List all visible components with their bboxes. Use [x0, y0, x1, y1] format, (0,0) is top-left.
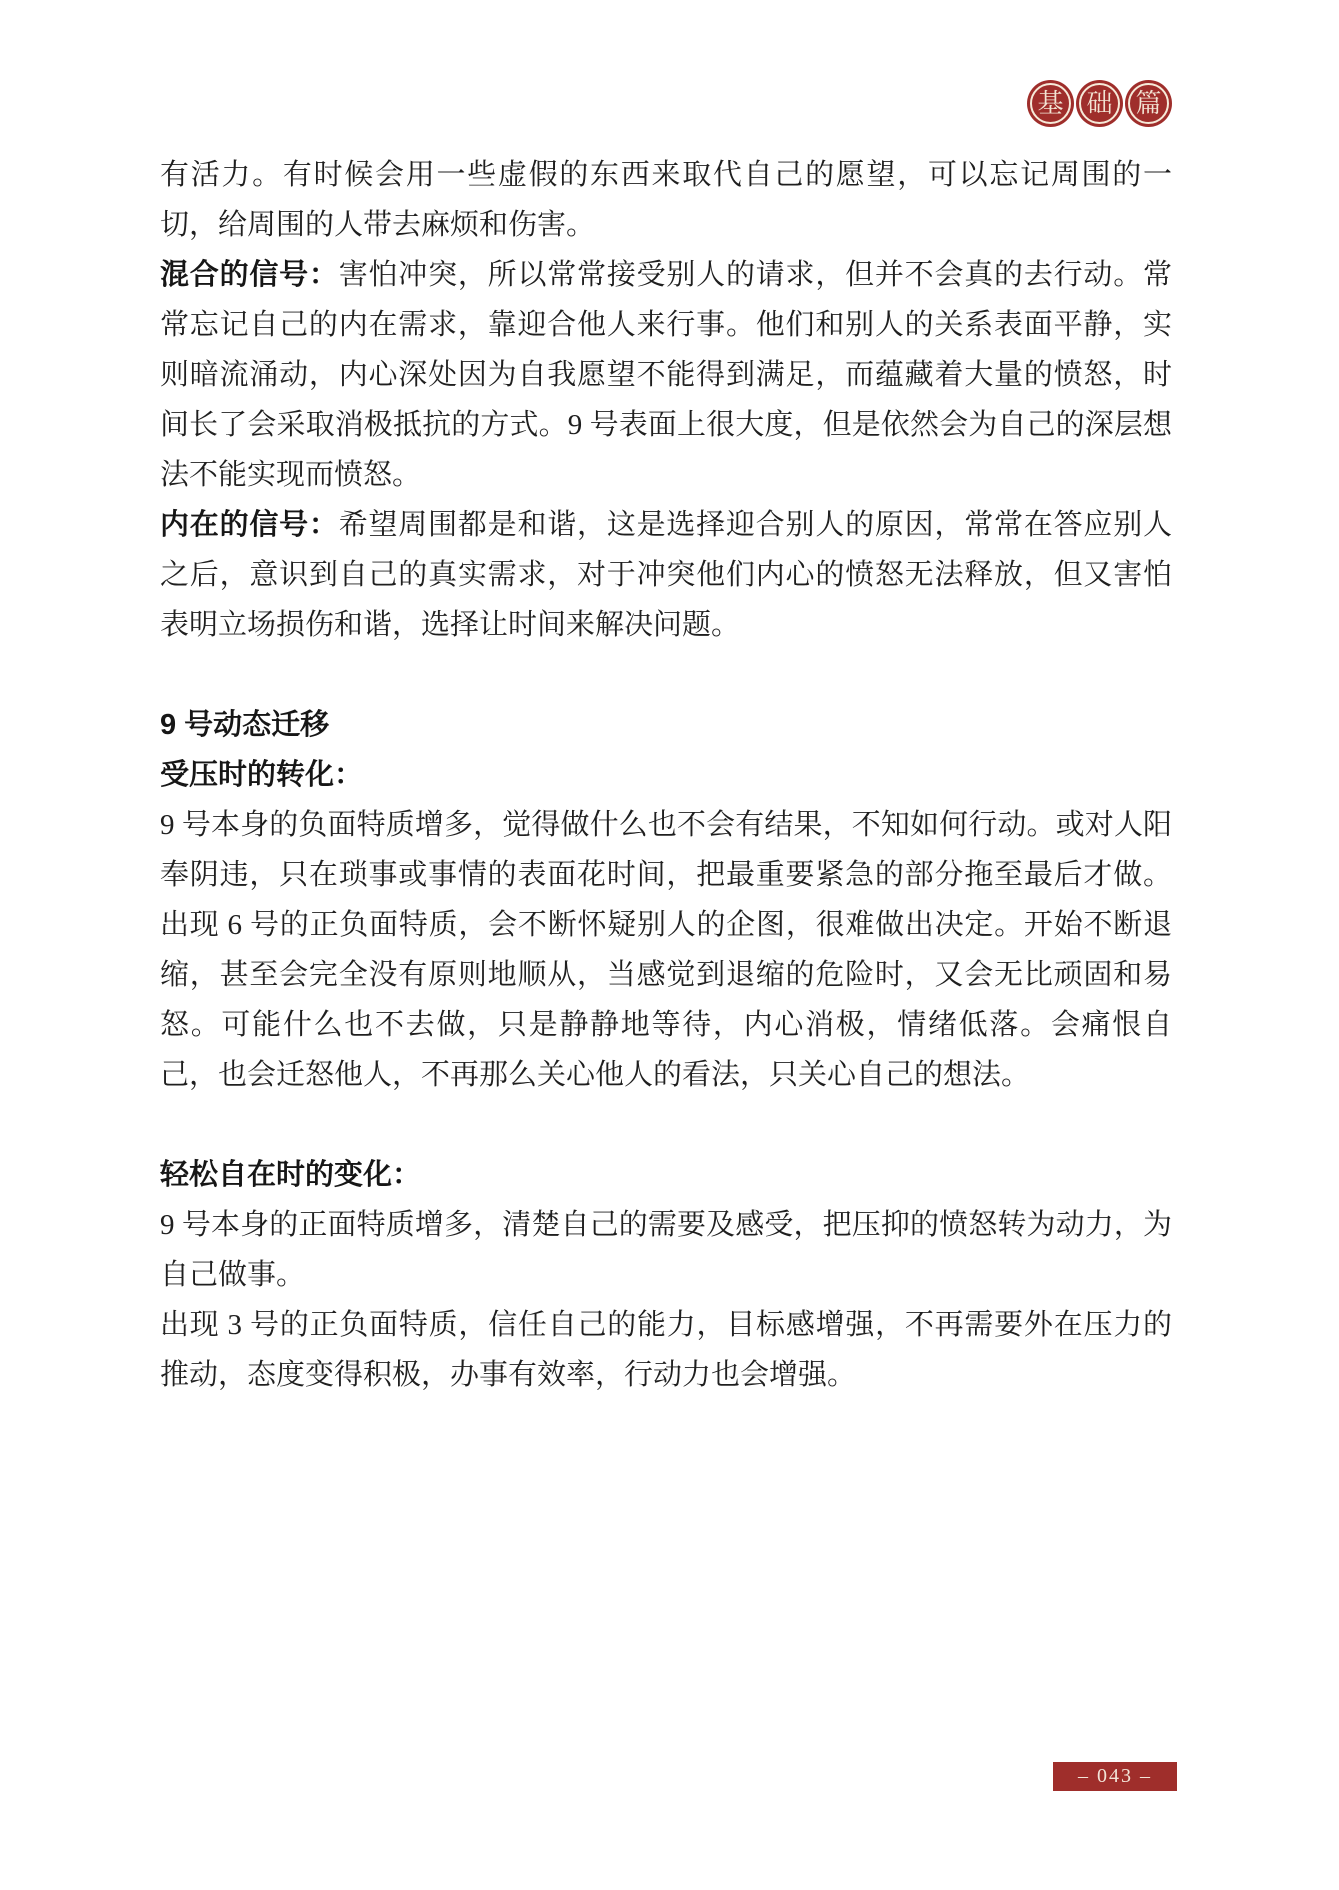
section-heading: 9 号动态迁移 [160, 700, 1172, 750]
paragraph: 有活力。有时候会用一些虚假的东西来取代自己的愿望，可以忘记周围的一切，给周围的人… [160, 150, 1172, 250]
section-heading: 受压时的转化： [160, 750, 1172, 800]
paragraph: 混合的信号：害怕冲突，所以常常接受别人的请求，但并不会真的去行动。常常忘记自己的… [160, 250, 1172, 500]
section-heading: 轻松自在时的变化： [160, 1150, 1172, 1200]
text-section: 有活力。有时候会用一些虚假的东西来取代自己的愿望，可以忘记周围的一切，给周围的人… [160, 150, 1172, 650]
text-section: 9 号动态迁移受压时的转化：9 号本身的负面特质增多，觉得做什么也不会有结果，不… [160, 700, 1172, 1100]
paragraph-label: 内在的信号： [160, 509, 339, 541]
paragraph: 内在的信号：希望周围都是和谐，这是选择迎合别人的原因，常常在答应别人之后，意识到… [160, 500, 1172, 650]
paragraph-label: 混合的信号： [160, 259, 339, 291]
page-number-badge: – 043 – [1053, 1762, 1177, 1791]
seal-character: 础 [1086, 91, 1112, 117]
chapter-seal: 篇 [1125, 80, 1172, 127]
text-section: 轻松自在时的变化：9 号本身的正面特质增多，清楚自己的需要及感受，把压抑的愤怒转… [160, 1150, 1172, 1400]
book-page: 基 础 篇 有活力。有时候会用一些虚假的东西来取代自己的愿望，可以忘记周围的一切… [0, 0, 1339, 1890]
paragraph: 出现 3 号的正负面特质，信任自己的能力，目标感增强，不再需要外在压力的推动，态… [160, 1300, 1172, 1400]
text-column: 有活力。有时候会用一些虚假的东西来取代自己的愿望，可以忘记周围的一切，给周围的人… [160, 150, 1172, 1400]
paragraph: 9 号本身的正面特质增多，清楚自己的需要及感受，把压抑的愤怒转为动力，为自己做事… [160, 1200, 1172, 1300]
seal-character: 篇 [1135, 91, 1161, 117]
paragraph: 9 号本身的负面特质增多，觉得做什么也不会有结果，不知如何行动。或对人阳奉阴违，… [160, 800, 1172, 1100]
chapter-seal-group: 基 础 篇 [1027, 80, 1172, 127]
seal-character: 基 [1037, 91, 1063, 117]
chapter-seal: 基 [1027, 80, 1074, 127]
chapter-seal: 础 [1076, 80, 1123, 127]
